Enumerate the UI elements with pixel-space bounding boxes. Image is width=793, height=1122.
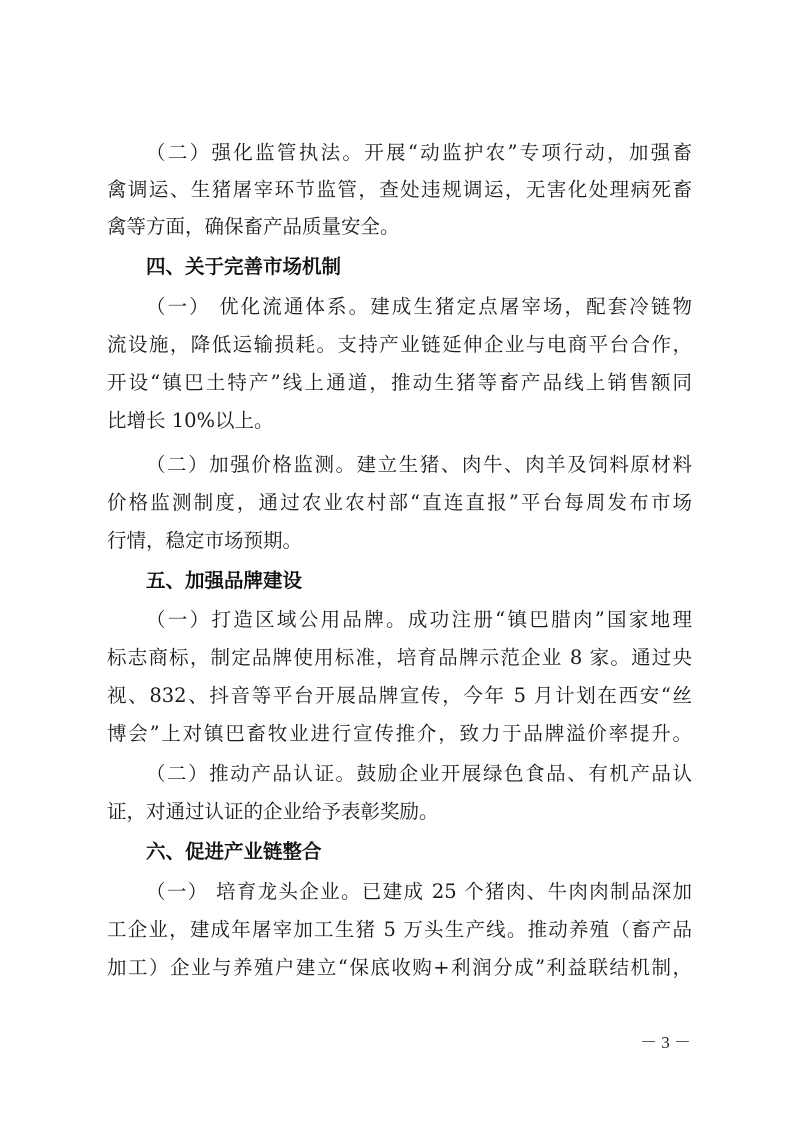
section-heading-brand-building: 五、加强品牌建设 [146, 566, 302, 596]
paragraph-line: （一）打造区域公用品牌。成功注册“镇巴腊肉”国家地理 [146, 605, 692, 635]
paragraph-line: 禽调运、生猪屠宰环节监管，查处违规调运，无害化处理病死畜 [107, 175, 692, 205]
paragraph-line: 加工）企业与养殖户建立“保底收购+利润分成”利益联结机制， [107, 953, 692, 983]
paragraph-line: 证，对通过认证的企业给予表彰奖励。 [107, 797, 692, 827]
paragraph-line: 标志商标，制定品牌使用标准，培育品牌示范企业 8 家。通过央 [107, 643, 692, 673]
section-heading-market-mechanism: 四、关于完善市场机制 [146, 252, 341, 282]
paragraph-line: 比增长 10%以上。 [107, 406, 692, 436]
paragraph-line: 开设“镇巴土特产”线上通道，推动生猪等畜产品线上销售额同 [107, 368, 692, 398]
paragraph-line: （一） 优化流通体系。建成生猪定点屠宰场，配套冷链物 [146, 292, 692, 322]
paragraph-line: （一） 培育龙头企业。已建成 25 个猪肉、牛肉肉制品深加 [146, 877, 692, 907]
paragraph-line: 行情，稳定市场预期。 [107, 526, 692, 556]
paragraph-line: （二）推动产品认证。鼓励企业开展绿色食品、有机产品认 [146, 759, 692, 789]
paragraph-line: 视、832、抖音等平台开展品牌宣传，今年 5 月计划在西安“丝 [107, 681, 692, 711]
section-heading-industry-chain: 六、促进产业链整合 [146, 837, 322, 867]
paragraph-line: （二）强化监管执法。开展“动监护农”专项行动，加强畜 [146, 138, 692, 168]
paragraph-line: 博会”上对镇巴畜牧业进行宣传推介，致力于品牌溢价率提升。 [107, 719, 692, 749]
page-number: － 3 － [640, 1033, 691, 1053]
paragraph-line: 价格监测制度，通过农业农村部“直连直报”平台每周发布市场 [107, 488, 692, 518]
paragraph-line: 流设施，降低运输损耗。支持产业链延伸企业与电商平台合作， [107, 330, 692, 360]
paragraph-line: 禽等方面，确保畜产品质量安全。 [107, 212, 692, 242]
paragraph-line: （二）加强价格监测。建立生猪、肉牛、肉羊及饲料原材料 [146, 450, 692, 480]
paragraph-line: 工企业，建成年屠宰加工生猪 5 万头生产线。推动养殖（畜产品 [107, 915, 692, 945]
document-page: （二）强化监管执法。开展“动监护农”专项行动，加强畜 禽调运、生猪屠宰环节监管，… [0, 0, 793, 1122]
